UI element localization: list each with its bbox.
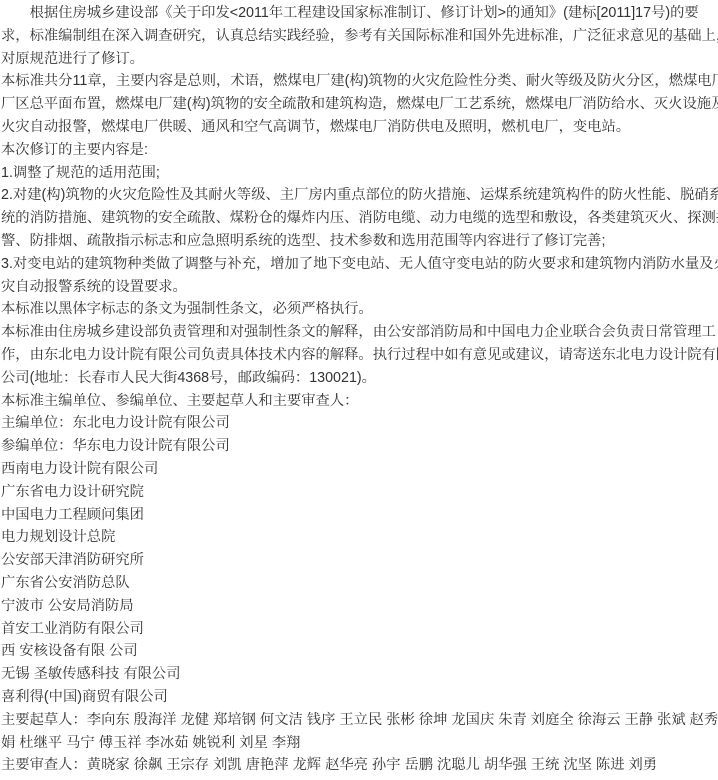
text-line: 本标准以黑体字标志的条文为强制性条文，必须严格执行。 xyxy=(1,298,718,321)
text-line: 根据住房城乡建设部《关于印发<2011年工程建设国家标准制订、修订计划>的通知》… xyxy=(1,2,718,25)
text-line: 无锡 圣敏传感科技 有限公司 xyxy=(1,663,718,686)
text-line: 电力规划设计总院 xyxy=(1,526,718,549)
text-line: 火灾自动报警，燃煤电厂供暖、通风和空气高调节，燃煤电厂消防供电及照明，燃机电厂，… xyxy=(1,116,718,139)
text-line: 公司(地址：长春市人民大街4368号，邮政编码：130021)。 xyxy=(1,367,718,390)
text-line: 广东省电力设计研究院 xyxy=(1,481,718,504)
text-line: 西南电力设计院有限公司 xyxy=(1,458,718,481)
text-line: 2.对建(构)筑物的火灾危险性及其耐火等级、主厂房内重点部位的防火措施、运煤系统… xyxy=(1,184,718,207)
text-line: 参编单位：华东电力设计院有限公司 xyxy=(1,435,718,458)
text-line: 西 安核设备有限 公司 xyxy=(1,640,718,663)
text-line: 首安工业消防有限公司 xyxy=(1,618,718,641)
text-line: 求，标准编制组在深入调查研究，认真总结实践经验，参考有关国际标准和国外先进标准，… xyxy=(1,25,718,48)
text-line: 对原规范进行了修订。 xyxy=(1,48,718,71)
text-line: 本标准共分11章，主要内容是总则，术语，燃煤电厂建(构)筑物的火灾危险性分类、耐… xyxy=(1,70,718,93)
text-line: 作，由东北电力设计院有限公司负责具体技术内容的解释。执行过程中如有意见或建议，请… xyxy=(1,344,718,367)
text-line: 主编单位：东北电力设计院有限公司 xyxy=(1,412,718,435)
text-line: 主要审查人：黄晓家 徐飙 王宗存 刘凯 唐艳萍 龙辉 赵华亮 孙宇 岳鹏 沈聪儿… xyxy=(1,754,718,777)
text-line: 3.对变电站的建筑物种类做了调整与补充，增加了地下变电站、无人值守变电站的防火要… xyxy=(1,253,718,276)
text-line: 本标准主编单位、参编单位、主要起草人和主要审查人： xyxy=(1,390,718,413)
document-page: 根据住房城乡建设部《关于印发<2011年工程建设国家标准制订、修订计划>的通知》… xyxy=(0,0,718,777)
text-line: 广东省公安消防总队 xyxy=(1,572,718,595)
text-line: 公安部天津消防研究所 xyxy=(1,549,718,572)
text-line: 1.调整了规范的适用范围; xyxy=(1,162,718,185)
text-line: 本标准由住房城乡建设部负责管理和对强制性条文的解释，由公安部消防局和中国电力企业… xyxy=(1,321,718,344)
text-line: 本次修订的主要内容是: xyxy=(1,139,718,162)
text-line: 喜利得(中国)商贸有限公司 xyxy=(1,686,718,709)
text-line: 中国电力工程顾问集团 xyxy=(1,504,718,527)
text-line: 厂区总平面布置，燃煤电厂建(构)筑物的安全疏散和建筑构造，燃煤电厂工艺系统，燃煤… xyxy=(1,93,718,116)
text-line: 主要起草人：李向东 殷海洋 龙健 郑培钢 何文洁 钱序 王立民 张彬 徐坤 龙国… xyxy=(1,709,718,732)
text-line: 宁波市 公安局消防局 xyxy=(1,595,718,618)
text-line: 警、防排烟、疏散指示标志和应急照明系统的选型、技术参数和选用范围等内容进行了修订… xyxy=(1,230,718,253)
text-line: 娟 杜继平 马宁 傅玉祥 李冰茹 姚锐利 刘星 李翔 xyxy=(1,732,718,755)
text-line: 统的消防措施、建筑物的安全疏散、煤粉仓的爆炸内压、消防电缆、动力电缆的选型和敷设… xyxy=(1,207,718,230)
text-line: 灾自动报警系统的设置要求。 xyxy=(1,276,718,299)
